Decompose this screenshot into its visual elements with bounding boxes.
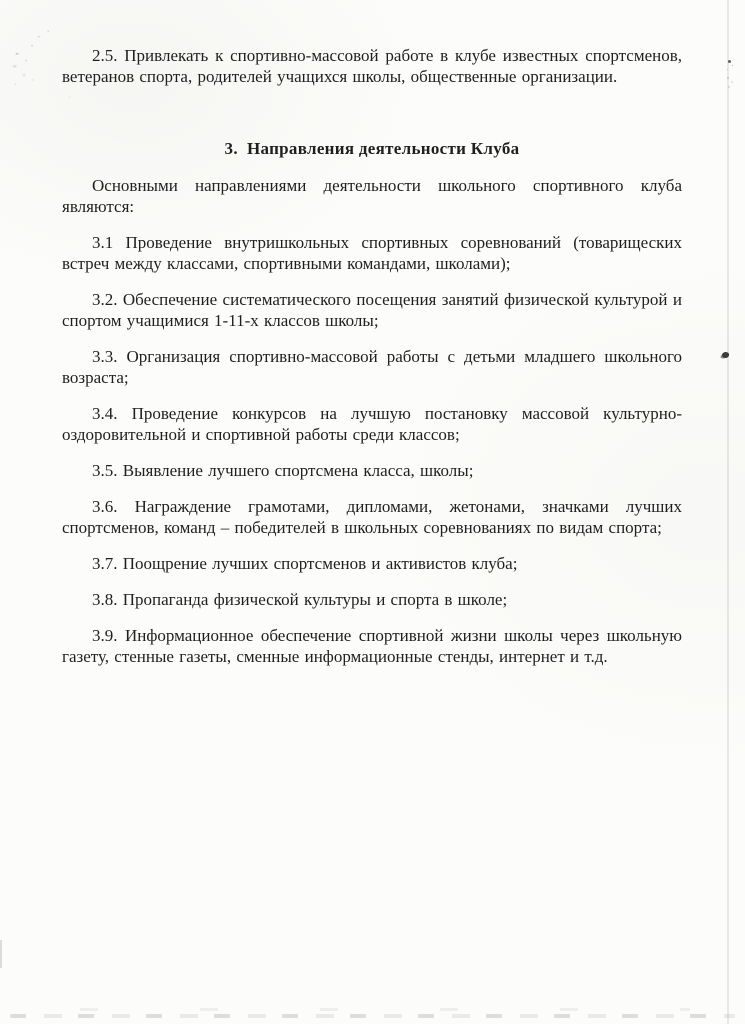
scan-edge-line [727, 0, 729, 1024]
page-content: 2.5. Привлекать к спортивно-массовой раб… [62, 45, 682, 682]
list-item-3-3: 3.3. Организация спортивно-массовой рабо… [62, 346, 682, 388]
ink-speck [726, 76, 735, 90]
scan-noise-band [40, 1008, 690, 1011]
document-page: 2.5. Привлекать к спортивно-массовой раб… [0, 0, 745, 1024]
paragraph-2-5: 2.5. Привлекать к спортивно-массовой раб… [62, 45, 682, 87]
intro-paragraph: Основными направлениями деятельности шко… [62, 175, 682, 217]
list-item-3-1: 3.1 Проведение внутришкольных спортивных… [62, 232, 682, 274]
list-item-3-6: 3.6. Награждение грамотами, дипломами, ж… [62, 496, 682, 538]
section-heading: 3. Направления деятельности Клуба [62, 138, 682, 159]
list-item-3-7: 3.7. Поощрение лучших спортсменов и акти… [62, 553, 682, 574]
list-item-3-2: 3.2. Обеспечение систематического посеще… [62, 289, 682, 331]
list-item-3-9: 3.9. Информационное обеспечение спортивн… [62, 625, 682, 667]
ink-speck [728, 60, 731, 63]
scan-edge-tick [0, 940, 2, 968]
list-item-3-8: 3.8. Пропаганда физической культуры и сп… [62, 589, 682, 610]
scan-noise-band [10, 1014, 735, 1018]
list-item-3-5: 3.5. Выявление лучшего спортсмена класса… [62, 460, 682, 481]
list-item-3-4: 3.4. Проведение конкурсов на лучшую пост… [62, 403, 682, 445]
